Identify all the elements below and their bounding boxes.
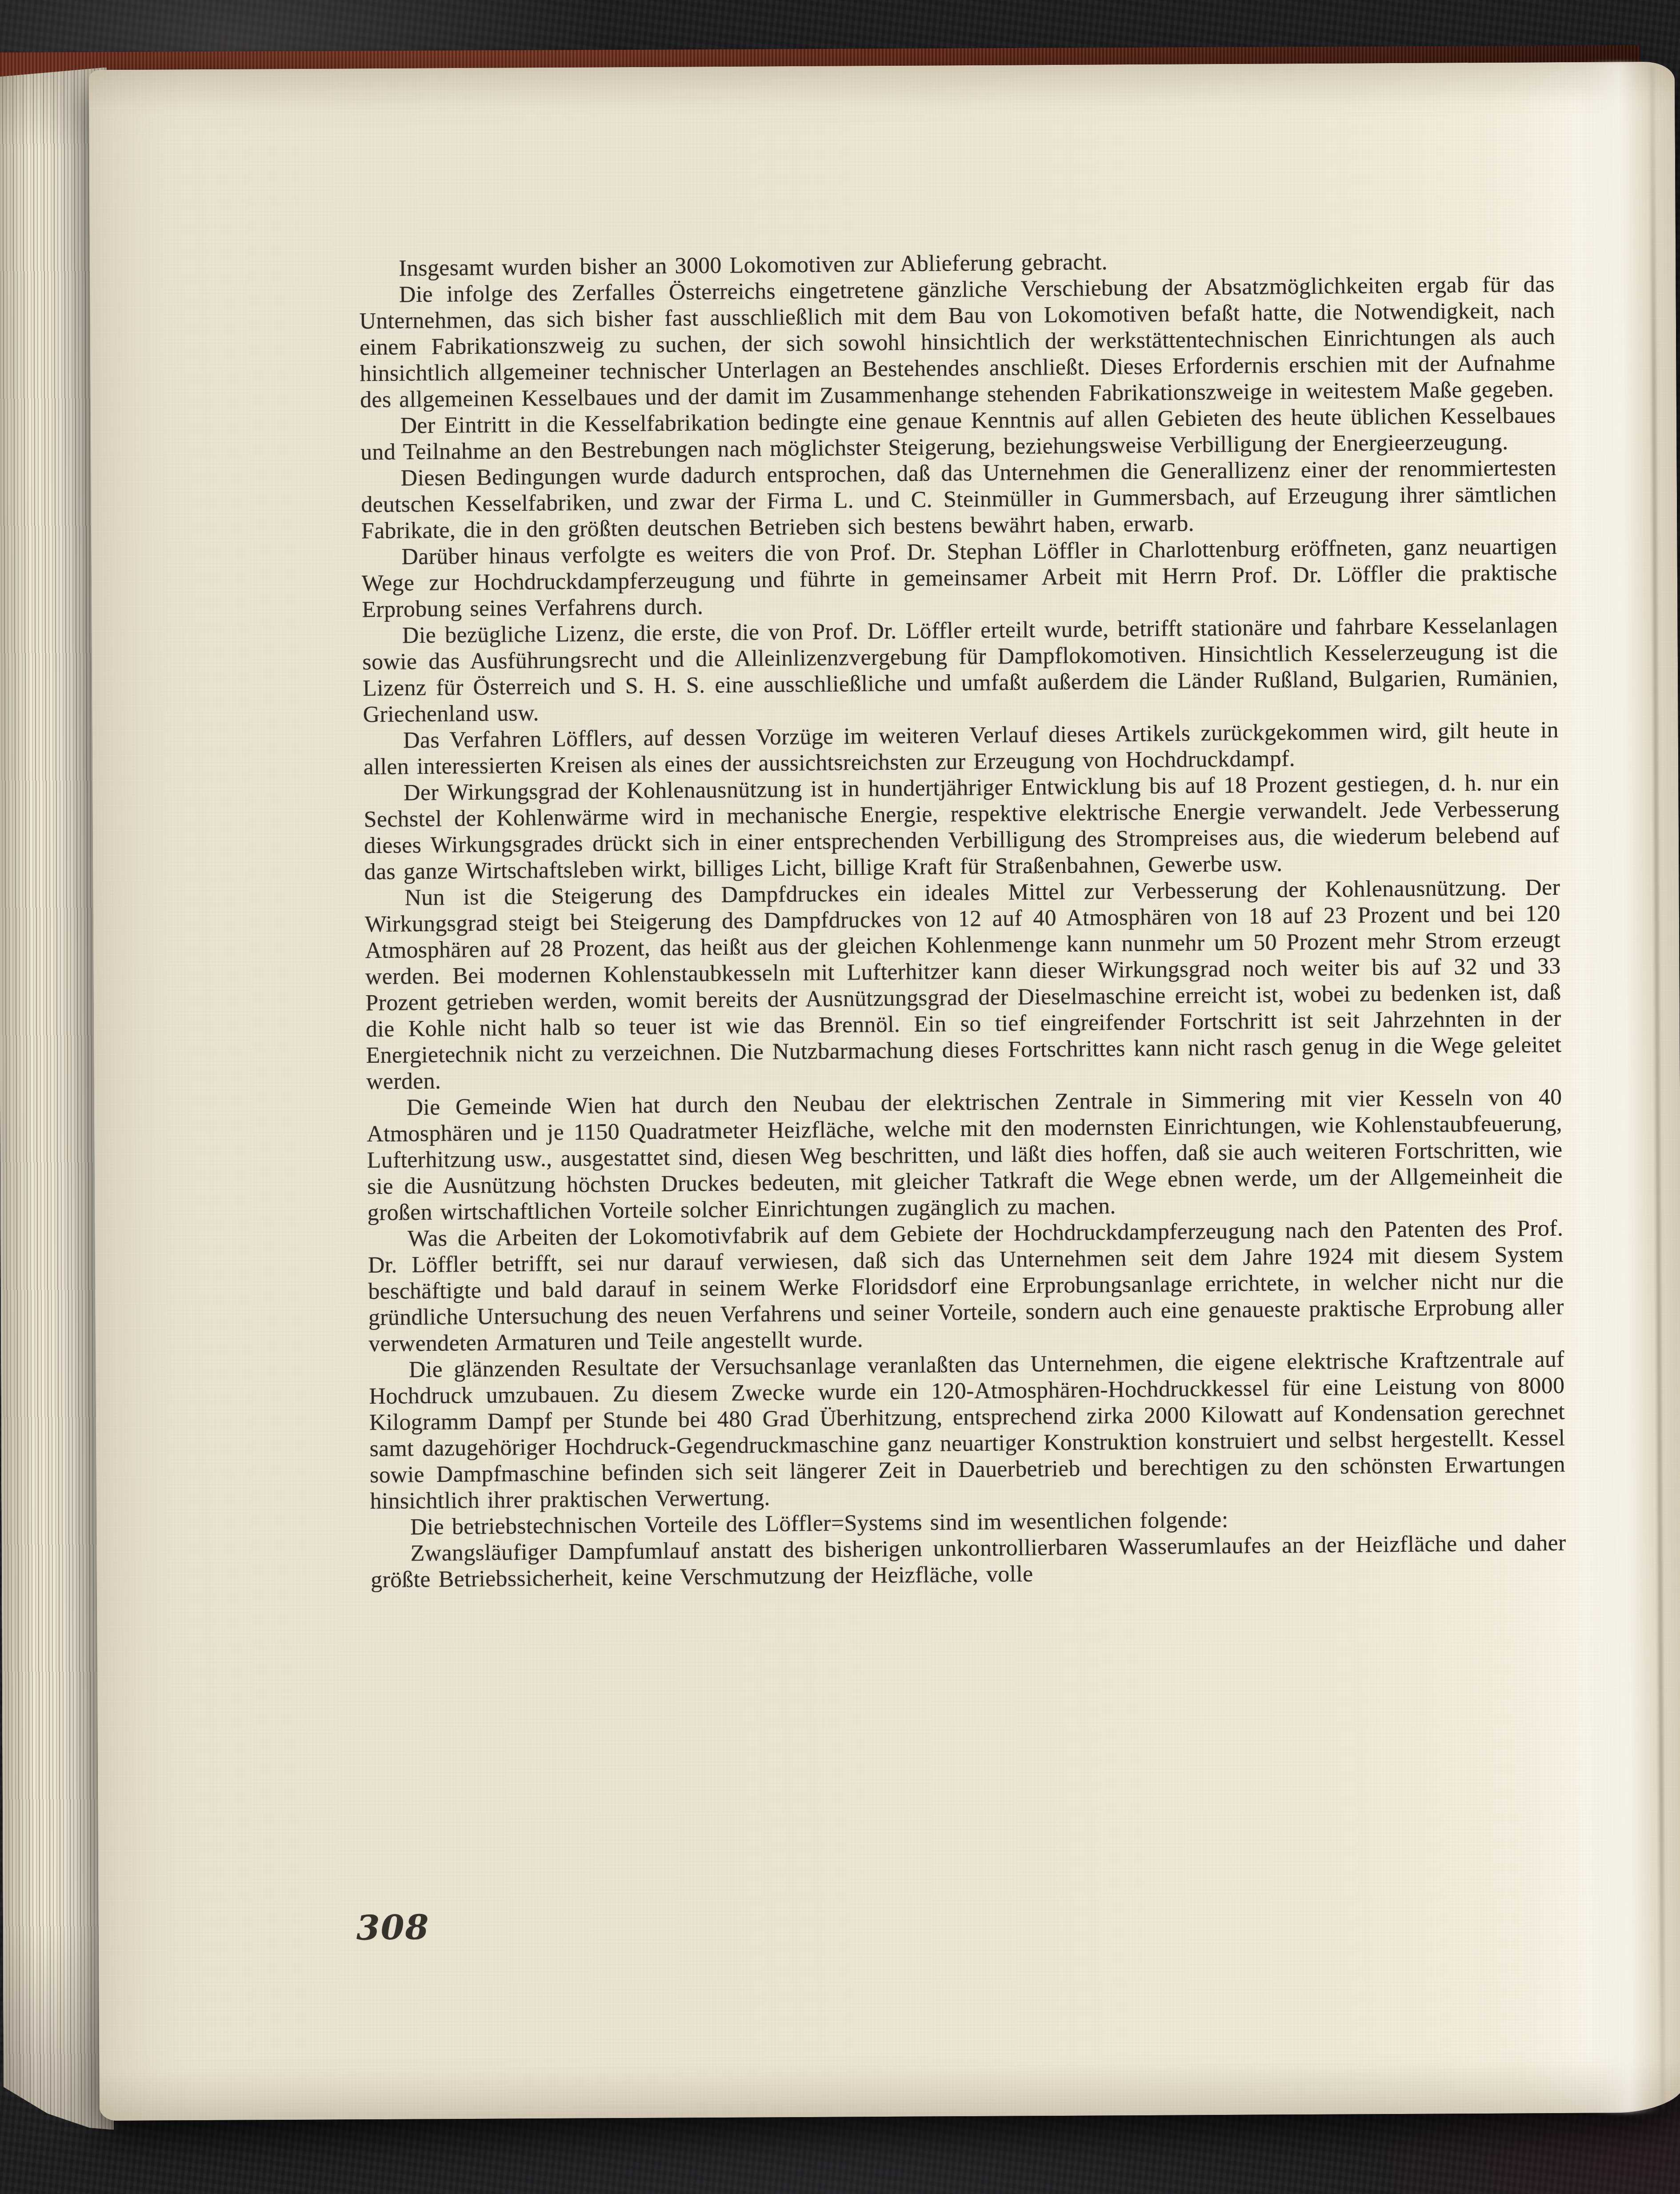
page-number: 308: [356, 1907, 430, 1948]
body-paragraph: Die Gemeinde Wien hat durch den Neubau d…: [366, 1084, 1563, 1226]
body-paragraph: Die infolge des Zerfalles Österreichs ei…: [359, 271, 1556, 413]
body-paragraph: Diesen Bedingungen wurde dadurch entspro…: [360, 455, 1556, 544]
body-paragraph: Der Wirkungsgrad der Kohlenausnützung is…: [364, 769, 1560, 885]
body-paragraph: Darüber hinaus verfolgte es weiters die …: [361, 533, 1557, 623]
book-page: Insgesamt wurden bisher an 3000 Lokomoti…: [89, 62, 1680, 2121]
book-photo: Insgesamt wurden bisher an 3000 Lokomoti…: [0, 0, 1680, 2194]
gutter-highlight: [1582, 62, 1660, 2113]
text-block: Insgesamt wurden bisher an 3000 Lokomoti…: [359, 245, 1566, 1593]
body-paragraph: Nun ist die Steigerung des Dampfdruckes …: [364, 874, 1562, 1095]
body-paragraph: Die bezügliche Lizenz, die erste, die vo…: [362, 612, 1559, 728]
body-paragraph: Die glänzenden Resultate der Versuchsanl…: [369, 1346, 1566, 1514]
body-paragraph: Zwangsläufiger Dampfumlauf anstatt des b…: [370, 1530, 1566, 1593]
body-paragraph: Was die Arbeiten der Lokomotivfabrik auf…: [368, 1215, 1564, 1357]
